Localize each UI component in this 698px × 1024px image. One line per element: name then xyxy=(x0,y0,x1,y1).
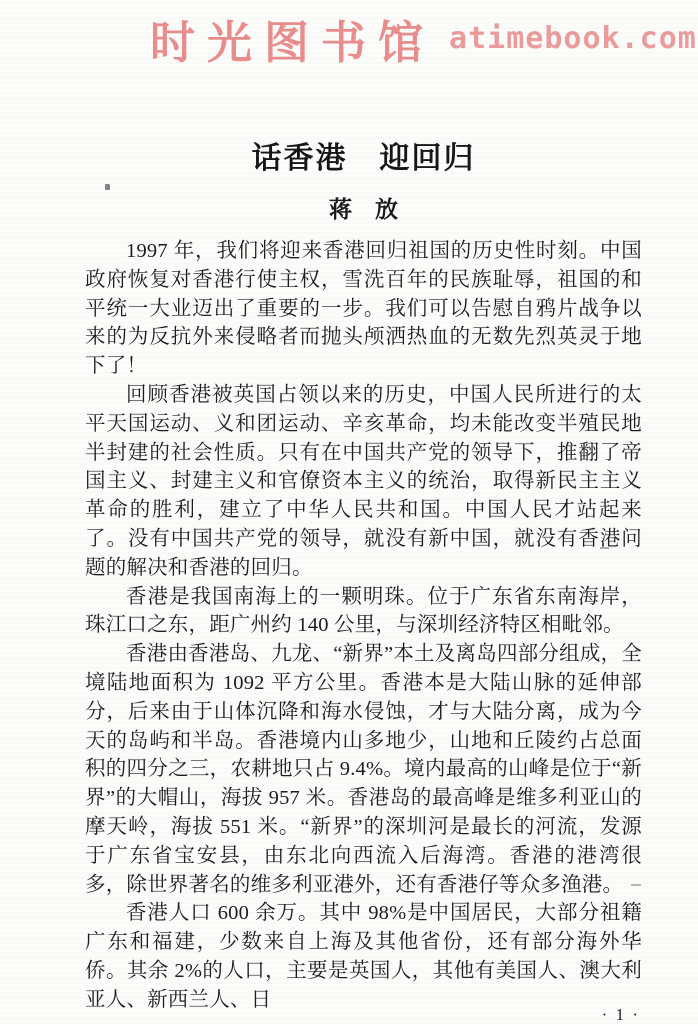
body-paragraph: 回顾香港被英国占领以来的历史，中国人民所进行的太平天国运动、义和团运动、辛亥革命… xyxy=(85,381,642,583)
watermark: 时光图书馆 atimebook.com xyxy=(150,6,697,71)
article-author: 蒋 放 xyxy=(85,195,642,224)
watermark-site-url: atimebook.com xyxy=(449,21,697,56)
scanned-book-page: 时光图书馆 atimebook.com 话香港 迎回归 蒋 放 1997 年，我… xyxy=(0,0,698,1024)
article: 话香港 迎回归 蒋 放 1997 年，我们将迎来香港回归祖国的历史性时刻。中国政… xyxy=(85,140,642,1024)
body-paragraph: 香港是我国南海上的一颗明珠。位于广东省东南海岸，珠江口之东，距广州约 140 公… xyxy=(85,583,642,641)
scan-artifact-dash xyxy=(600,547,609,549)
body-paragraph: 香港由香港岛、九龙、“新界”本土及离岛四部分组成，全境陆地面积为 1092 平方… xyxy=(85,640,642,899)
article-title: 话香港 迎回归 xyxy=(85,140,642,178)
scan-artifact-dash xyxy=(631,884,641,886)
body-paragraph: 香港人口 600 余万。其中 98%是中国居民，大部分祖籍广东和福建，少数来自上… xyxy=(85,899,642,1014)
watermark-site-name: 时光图书馆 xyxy=(150,6,435,71)
article-paragraphs: 1997 年，我们将迎来香港回归祖国的历史性时刻。中国政府恢复对香港行使主权，雪… xyxy=(85,237,642,1015)
body-paragraph: 1997 年，我们将迎来香港回归祖国的历史性时刻。中国政府恢复对香港行使主权，雪… xyxy=(85,237,642,381)
scan-artifact-dot xyxy=(105,184,110,190)
